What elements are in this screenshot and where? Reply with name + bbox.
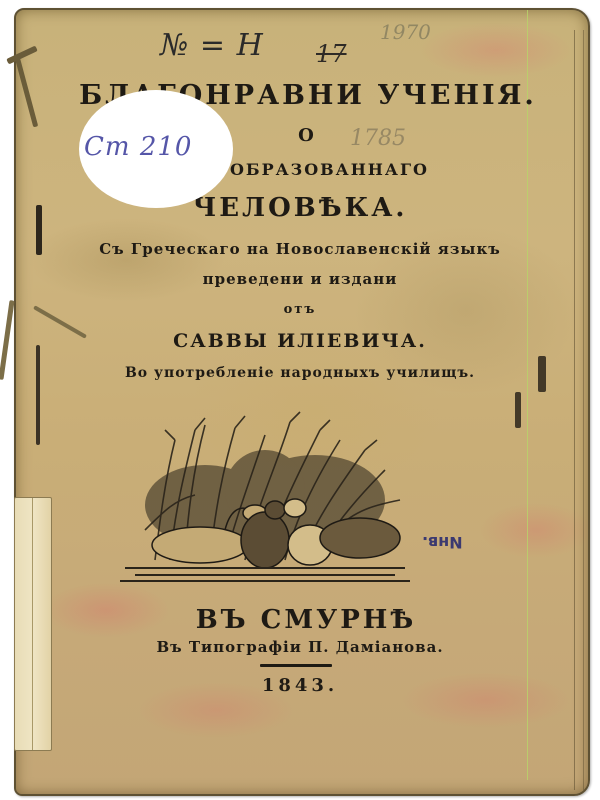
title-line-1: БЛАГОНРАВНИ УЧЕНІЯ.: [0, 80, 600, 111]
imprint-city: ВЪ СМУРНѢ: [0, 605, 600, 635]
woodcut-illustration: [115, 410, 415, 585]
translation-note-line-3: отъ: [0, 302, 600, 317]
catalog-label-text: Cm 210: [84, 132, 192, 162]
library-stamp: Nнв.: [422, 533, 463, 552]
author-name: САВВЫ ИЛІЕВИЧА.: [0, 330, 600, 352]
binding-string-bottom: [36, 345, 40, 445]
handwritten-catalog-number: № = H: [160, 28, 264, 63]
handwritten-year: 1970: [380, 20, 431, 44]
title-line-4: ЧЕЛОВѢКА.: [0, 193, 600, 223]
imprint-year: 1843.: [0, 675, 600, 696]
translation-note-line-1: Съ Греческаго на Новославенскій языкъ: [0, 240, 600, 258]
handwritten-struck-number: 17: [316, 40, 347, 68]
document-page: № = H 17 1970 1785 БЛАГОНРАВНИ УЧЕНІЯ. О…: [0, 0, 600, 800]
divider-rule: [260, 664, 332, 667]
purpose-line: Во употребленіе народныхъ училищъ.: [0, 365, 600, 381]
translation-note-line-2: преведени и издани: [0, 270, 600, 288]
imprint-press: Въ Типографіи П. Даміанова.: [0, 638, 600, 656]
ink-stain: [515, 392, 521, 428]
